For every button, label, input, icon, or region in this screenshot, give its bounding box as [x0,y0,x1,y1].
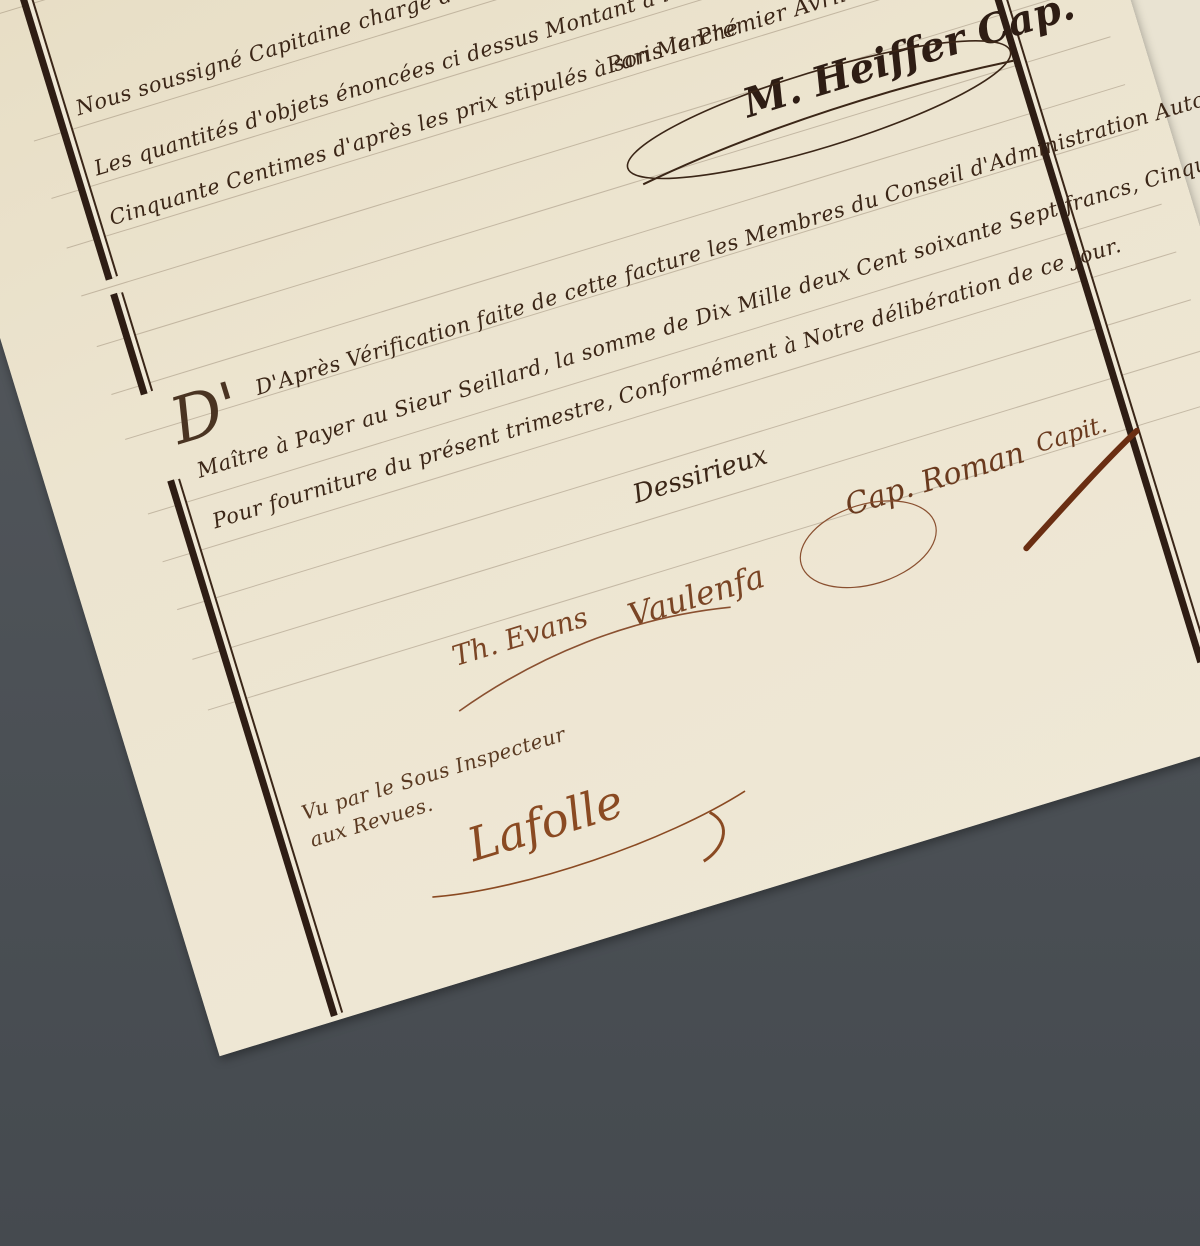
main-sheet: le Premier Trim… Seillard Nous soussigné… [0,0,1200,1056]
document-photo: Reçu C le Premier Trim… Seillard [0,0,1200,1246]
ruled-line [162,251,1176,562]
signature-council-5: Capit. [1032,410,1110,458]
signature-council-3: Vaulenfa [623,557,769,634]
left-margin-rule [0,0,113,281]
signature-council-1: Dessirieux [629,441,770,510]
left-margin-rule [110,293,147,395]
left-margin-rule [167,479,337,1017]
signature-inspector: Lafolle [461,774,629,872]
signature-council-4: Cap. Roman [841,436,1029,524]
signature-council-2: Th. Evans [448,600,591,672]
